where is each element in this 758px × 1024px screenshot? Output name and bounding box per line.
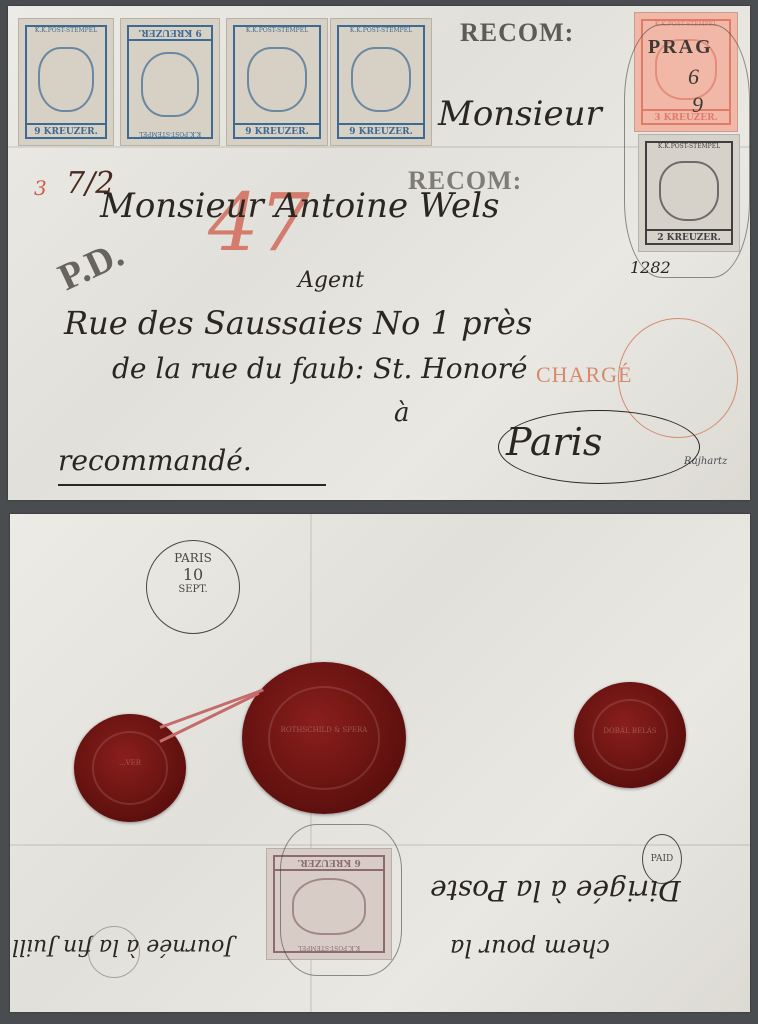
address-agent: Agent [298,268,364,293]
back-inscription-2: chem pour la [450,934,610,962]
address-name: Monsieur Antoine Wels [100,186,499,226]
note-underline [58,484,326,486]
back-inscription-1: Dirigée à la Poste [430,874,681,907]
coat-of-arms-icon [351,47,411,113]
stamp-9kr-3: K.K.POST-STEMPEL9 KREUZER. [226,18,328,146]
coat-of-arms-icon [247,47,307,113]
recom-handstamp-1: RECOM: [460,18,574,48]
wax-seal-center: ROTHSCHILD & SPERA [242,662,406,814]
address-salutation: Monsieur [438,94,602,134]
cover-back: PARIS 10 SEPT. ...VER ROTHSCHILD & SPERA… [10,514,750,1012]
back-inscription-3: Journée à la fin Juill [12,934,233,959]
pd-handstamp: P.D. [52,232,131,300]
address-faubourg: de la rue du faub: St. Honoré [112,352,527,385]
wax-seal-right: DOBÁL BELÁS [574,682,686,788]
coat-of-arms-icon [38,47,94,113]
stamp-9kr-2-inverted: K.K.POST-STEMPEL9 KREUZER. [120,18,220,146]
registered-note: recommandé. [58,444,252,477]
address-street: Rue des Saussaies No 1 près [64,304,532,342]
coat-of-arms-icon [141,52,200,118]
red-rate-3: 3 [34,176,47,200]
prag-postmark-text: PRAG [648,36,713,59]
city-flourish [498,410,700,484]
prag-day: 6 [688,64,699,90]
wax-seal-left: ...VER [74,714,186,822]
prag-month: 9 [692,92,703,118]
charge-text: CHARGÉ [536,362,632,388]
stamp-9kr-1: K.K.POST-STEMPEL9 KREUZER. [18,18,114,146]
prag-octagon-postmark [624,24,750,278]
stamp-9kr-4: K.K.POST-STEMPEL9 KREUZER. [330,18,432,146]
reference-number: 1282 [630,258,671,277]
cover-front: K.K.POST-STEMPEL9 KREUZER. K.K.POST-STEM… [8,6,750,500]
paris-circular-postmark: PARIS 10 SEPT. [146,540,240,634]
octagonal-postmark [280,824,402,976]
address-a: à [394,398,410,428]
